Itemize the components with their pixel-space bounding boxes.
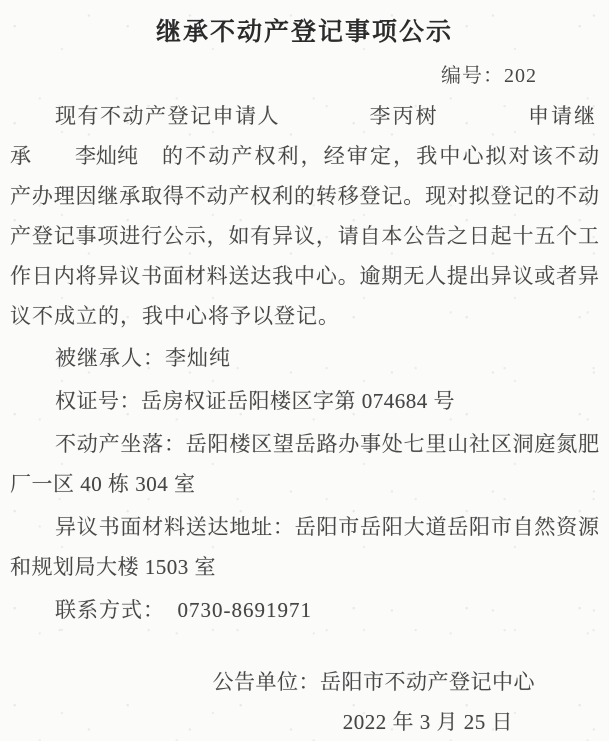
objection-address-line-2: 和规划局大楼 1503 室	[10, 547, 599, 587]
paragraph-line-2-text: 的不动产权利，经审定，我中心拟对该不动	[162, 136, 599, 176]
field-property-location: 不动产坐落：岳阳楼区望岳路办事处七里山社区洞庭氮肥 厂一区 40 栋 304 室	[10, 424, 599, 504]
objection-address-line-1: 异议书面材料送达地址：岳阳市岳阳大道岳阳市自然资源	[10, 507, 599, 547]
issuing-unit: 公告单位：岳阳市不动产登记中心	[10, 662, 599, 702]
field-contact-phone: 联系方式： 0730-8691971	[10, 590, 599, 630]
applicant-name: 李丙树	[370, 96, 439, 136]
paragraph-line-1-tail: 申请继	[528, 96, 599, 136]
paragraph-line-2-lead: 承	[10, 136, 31, 176]
doc-number: 编号：202	[10, 56, 599, 96]
paragraph-line-2: 承 李灿纯 的不动产权利，经审定，我中心拟对该不动	[10, 136, 599, 176]
property-location-line-2: 厂一区 40 栋 304 室	[10, 464, 599, 504]
notice-title: 继承不动产登记事项公示	[10, 14, 599, 50]
paragraph-line-6: 议不成立的，我中心将予以登记。	[10, 296, 599, 336]
paragraph-line-4: 产登记事项进行公示，如有异议，请自本公告之日起十五个工	[10, 216, 599, 256]
decedent-name-inline: 李灿纯	[75, 136, 138, 176]
paragraph-line-1-text: 现有不动产登记申请人	[10, 96, 280, 136]
property-location-line-1: 不动产坐落：岳阳楼区望岳路办事处七里山社区洞庭氮肥	[10, 424, 599, 464]
field-objection-address: 异议书面材料送达地址：岳阳市岳阳大道岳阳市自然资源 和规划局大楼 1503 室	[10, 507, 599, 587]
paragraph-line-5: 作日内将异议书面材料送达我中心。逾期无人提出异议或者异	[10, 256, 599, 296]
paragraph-line-3: 产办理因继承取得不动产权利的转移登记。现对拟登记的不动	[10, 176, 599, 216]
field-decedent: 被继承人：李灿纯	[10, 338, 599, 378]
issue-date: 2022 年 3 月 25 日	[10, 702, 599, 741]
scanned-notice-page: 继承不动产登记事项公示 编号：202 现有不动产登记申请人 李丙树 申请继 承 …	[0, 0, 609, 741]
field-certificate-number: 权证号：岳房权证岳阳楼区字第 074684 号	[10, 381, 599, 421]
paragraph-line-1: 现有不动产登记申请人 李丙树 申请继	[10, 96, 599, 136]
notice-content: 继承不动产登记事项公示 编号：202 现有不动产登记申请人 李丙树 申请继 承 …	[0, 0, 609, 741]
